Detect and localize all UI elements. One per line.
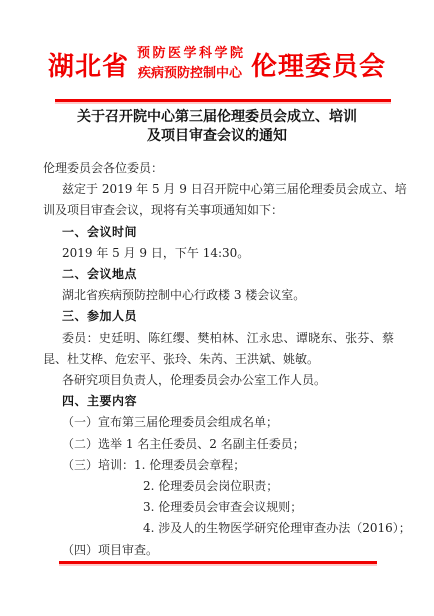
item-announce-roster: （一）宣布第三届伦理委员会组成名单； bbox=[43, 412, 394, 433]
heading-meeting-time: 一、会议时间 bbox=[43, 222, 394, 243]
item-training-3: 3. 伦理委员会审查会议规则； bbox=[43, 497, 394, 518]
document-title-line1: 关于召开院中心第三届伦理委员会成立、培训 bbox=[0, 108, 434, 127]
heading-main-content: 四、主要内容 bbox=[43, 391, 394, 412]
line-members-1: 委员：史廷明、陈红缨、樊柏林、江永忠、谭晓东、张芬、蔡 bbox=[43, 328, 394, 349]
org-ethics-committee: 伦理委员会 bbox=[251, 46, 386, 83]
heading-participants: 三、参加人员 bbox=[43, 306, 394, 327]
line-intro-1: 兹定于 2019 年 5 月 9 日召开院中心第三届伦理委员会成立、培 bbox=[43, 179, 394, 200]
item-training-1: （三）培训：1. 伦理委员会章程； bbox=[43, 455, 394, 476]
line-members-2: 昆、杜艾桦、危宏平、张玲、朱芮、王洪斌、姚敏。 bbox=[43, 349, 394, 370]
footer-rule bbox=[59, 561, 377, 564]
org-academy: 预防医学科学院 bbox=[137, 44, 246, 64]
line-project-leads: 各研究项目负责人，伦理委员会办公室工作人员。 bbox=[43, 370, 394, 391]
item-project-review: （四）项目审查。 bbox=[43, 540, 394, 561]
item-training-4: 4. 涉及人的生物医学研究伦理审查办法（2016）； bbox=[43, 518, 394, 539]
notice-page: 湖北省 预防医学科学院 疾病预防控制中心 伦理委员会 关于召开院中心第三届伦理委… bbox=[0, 0, 434, 616]
letterhead-rule bbox=[55, 99, 391, 102]
line-meeting-place: 湖北省疾病预防控制中心行政楼 3 楼会议室。 bbox=[43, 285, 394, 306]
document-title-line2: 及项目审查会议的通知 bbox=[0, 127, 434, 146]
org-middle-stack: 预防医学科学院 疾病预防控制中心 bbox=[137, 44, 243, 84]
heading-meeting-place: 二、会议地点 bbox=[43, 264, 394, 285]
item-elect-chairs: （二）选举 1 名主任委员、2 名副主任委员； bbox=[43, 434, 394, 455]
line-intro-2: 训及项目审查会议，现将有关事项通知如下： bbox=[43, 200, 394, 221]
item-training-2: 2. 伦理委员会岗位职责； bbox=[43, 476, 394, 497]
line-meeting-time: 2019 年 5 月 9 日，下午 14:30。 bbox=[43, 243, 394, 264]
org-province: 湖北省 bbox=[48, 46, 129, 83]
line-salutation: 伦理委员会各位委员： bbox=[43, 158, 394, 179]
letterhead: 湖北省 预防医学科学院 疾病预防控制中心 伦理委员会 bbox=[0, 44, 434, 84]
org-cdc-center: 疾病预防控制中心 bbox=[137, 64, 243, 84]
document-title: 关于召开院中心第三届伦理委员会成立、培训 及项目审查会议的通知 bbox=[0, 108, 434, 146]
notice-body: 伦理委员会各位委员： 兹定于 2019 年 5 月 9 日召开院中心第三届伦理委… bbox=[43, 158, 394, 561]
